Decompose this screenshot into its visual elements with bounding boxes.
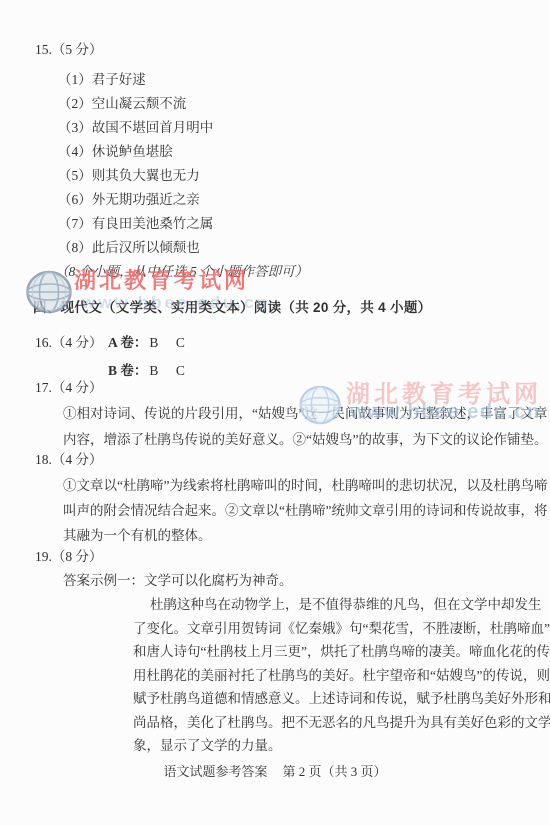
question-19-answer-label: 答案示例一：文学可以化腐朽为神奇。 bbox=[63, 569, 550, 593]
question-15-heading: 15.（5 分） bbox=[35, 38, 308, 62]
question-19-heading: 19.（8 分） bbox=[35, 545, 550, 569]
paper-a-label: A 卷： bbox=[108, 335, 147, 350]
question-19-answer: 杜鹃这种鸟在动物学上，是不值得恭维的凡鸟，但在文学中却发生 了变化。文章引用贺铸… bbox=[133, 593, 550, 758]
answer-line: ①相对诗词、传说的片段引用，“姑嫂鸟”这一民间故事则为完整叙述，丰富了文章 bbox=[63, 401, 547, 427]
answer-item-3: （3）故国不堪回首月明中 bbox=[58, 116, 308, 140]
answer-line: 和唐人诗句“杜鹃枝上月三更”，烘托了杜鹃鸟啼的凄美。啼血化花的传说， bbox=[133, 640, 550, 664]
question-15-block: 15.（5 分） （1）君子好逑 （2）空山凝云颓不流 （3）故国不堪回首月明中… bbox=[35, 38, 308, 284]
footer-title: 语文试题参考答案 bbox=[163, 764, 267, 779]
question-17-heading: 17.（4 分） bbox=[35, 376, 547, 400]
question-18-block: 18.（4 分） ①文章以“杜鹃啼”为线索将杜鹃啼叫的时间，杜鹃啼叫的悲切状况，… bbox=[35, 448, 547, 548]
answer-line: 尚品格，美化了杜鹃鸟。把不无恶名的凡鸟提升为具有美好色彩的文学形 bbox=[133, 711, 550, 735]
paper-a-answers: B C bbox=[149, 335, 187, 350]
question-15-answers: （1）君子好逑 （2）空山凝云颓不流 （3）故国不堪回首月明中 （4）休说鲈鱼堪… bbox=[58, 68, 308, 260]
page-footer: 语文试题参考答案第 2 页（共 3 页） bbox=[0, 761, 550, 780]
answer-item-6: （6）外无期功强近之亲 bbox=[58, 188, 308, 212]
answer-line: 了变化。文章引用贺铸词《忆秦娥》句“梨花雪，不胜凄断，杜鹃啼血” bbox=[133, 617, 550, 641]
answer-line: 赋予杜鹃鸟道德和情感意义。上述诗词和传说，赋予杜鹃鸟美好外形和高 bbox=[133, 687, 550, 711]
question-18-heading: 18.（4 分） bbox=[35, 448, 547, 472]
question-18-answer: ①文章以“杜鹃啼”为线索将杜鹃啼叫的时间，杜鹃啼叫的悲切状况，以及杜鹃鸟啼 叫声… bbox=[63, 473, 547, 548]
answer-item-4: （4）休说鲈鱼堪脍 bbox=[58, 140, 308, 164]
answer-item-5: （5）则其负大翼也无力 bbox=[58, 164, 308, 188]
answer-item-2: （2）空山凝云颓不流 bbox=[58, 92, 308, 116]
answer-line: ①文章以“杜鹃啼”为线索将杜鹃啼叫的时间，杜鹃啼叫的悲切状况，以及杜鹃鸟啼 bbox=[63, 473, 547, 498]
answer-item-1: （1）君子好逑 bbox=[58, 68, 308, 92]
answer-row-a: A 卷：B C bbox=[108, 329, 187, 357]
footer-page-number: 第 2 页（共 3 页） bbox=[283, 764, 387, 779]
section-4-heading: 四、现代文（文学类、实用类文本）阅读（共 20 分，共 4 小题） bbox=[33, 296, 431, 316]
question-17-block: 17.（4 分） ①相对诗词、传说的片段引用，“姑嫂鸟”这一民间故事则为完整叙述… bbox=[35, 376, 547, 453]
question-17-answer: ①相对诗词、传说的片段引用，“姑嫂鸟”这一民间故事则为完整叙述，丰富了文章 内容… bbox=[63, 401, 547, 453]
answer-sheet-page: 15.（5 分） （1）君子好逑 （2）空山凝云颓不流 （3）故国不堪回首月明中… bbox=[0, 0, 550, 825]
answer-line: 象，显示了文学的力量。 bbox=[133, 734, 550, 758]
answer-line: 叫声的附会情况结合起来。②文章以“杜鹃啼”统帅文章引用的诗词和传说故事，将 bbox=[63, 498, 547, 523]
answer-line: 用杜鹃花的美丽衬托了杜鹃鸟的美好。杜宇望帝和“姑嫂鸟”的传说，则 bbox=[133, 664, 550, 688]
question-15-note: （8 个小题，从中任选 5 个小题作答即可） bbox=[55, 260, 308, 284]
answer-item-7: （7）有良田美池桑竹之属 bbox=[58, 212, 308, 236]
answer-item-8: （8）此后汉所以倾颓也 bbox=[58, 236, 308, 260]
question-19-block: 19.（8 分） 答案示例一：文学可以化腐朽为神奇。 杜鹃这种鸟在动物学上，是不… bbox=[35, 545, 550, 758]
answer-line: 杜鹃这种鸟在动物学上，是不值得恭维的凡鸟，但在文学中却发生 bbox=[133, 593, 550, 617]
